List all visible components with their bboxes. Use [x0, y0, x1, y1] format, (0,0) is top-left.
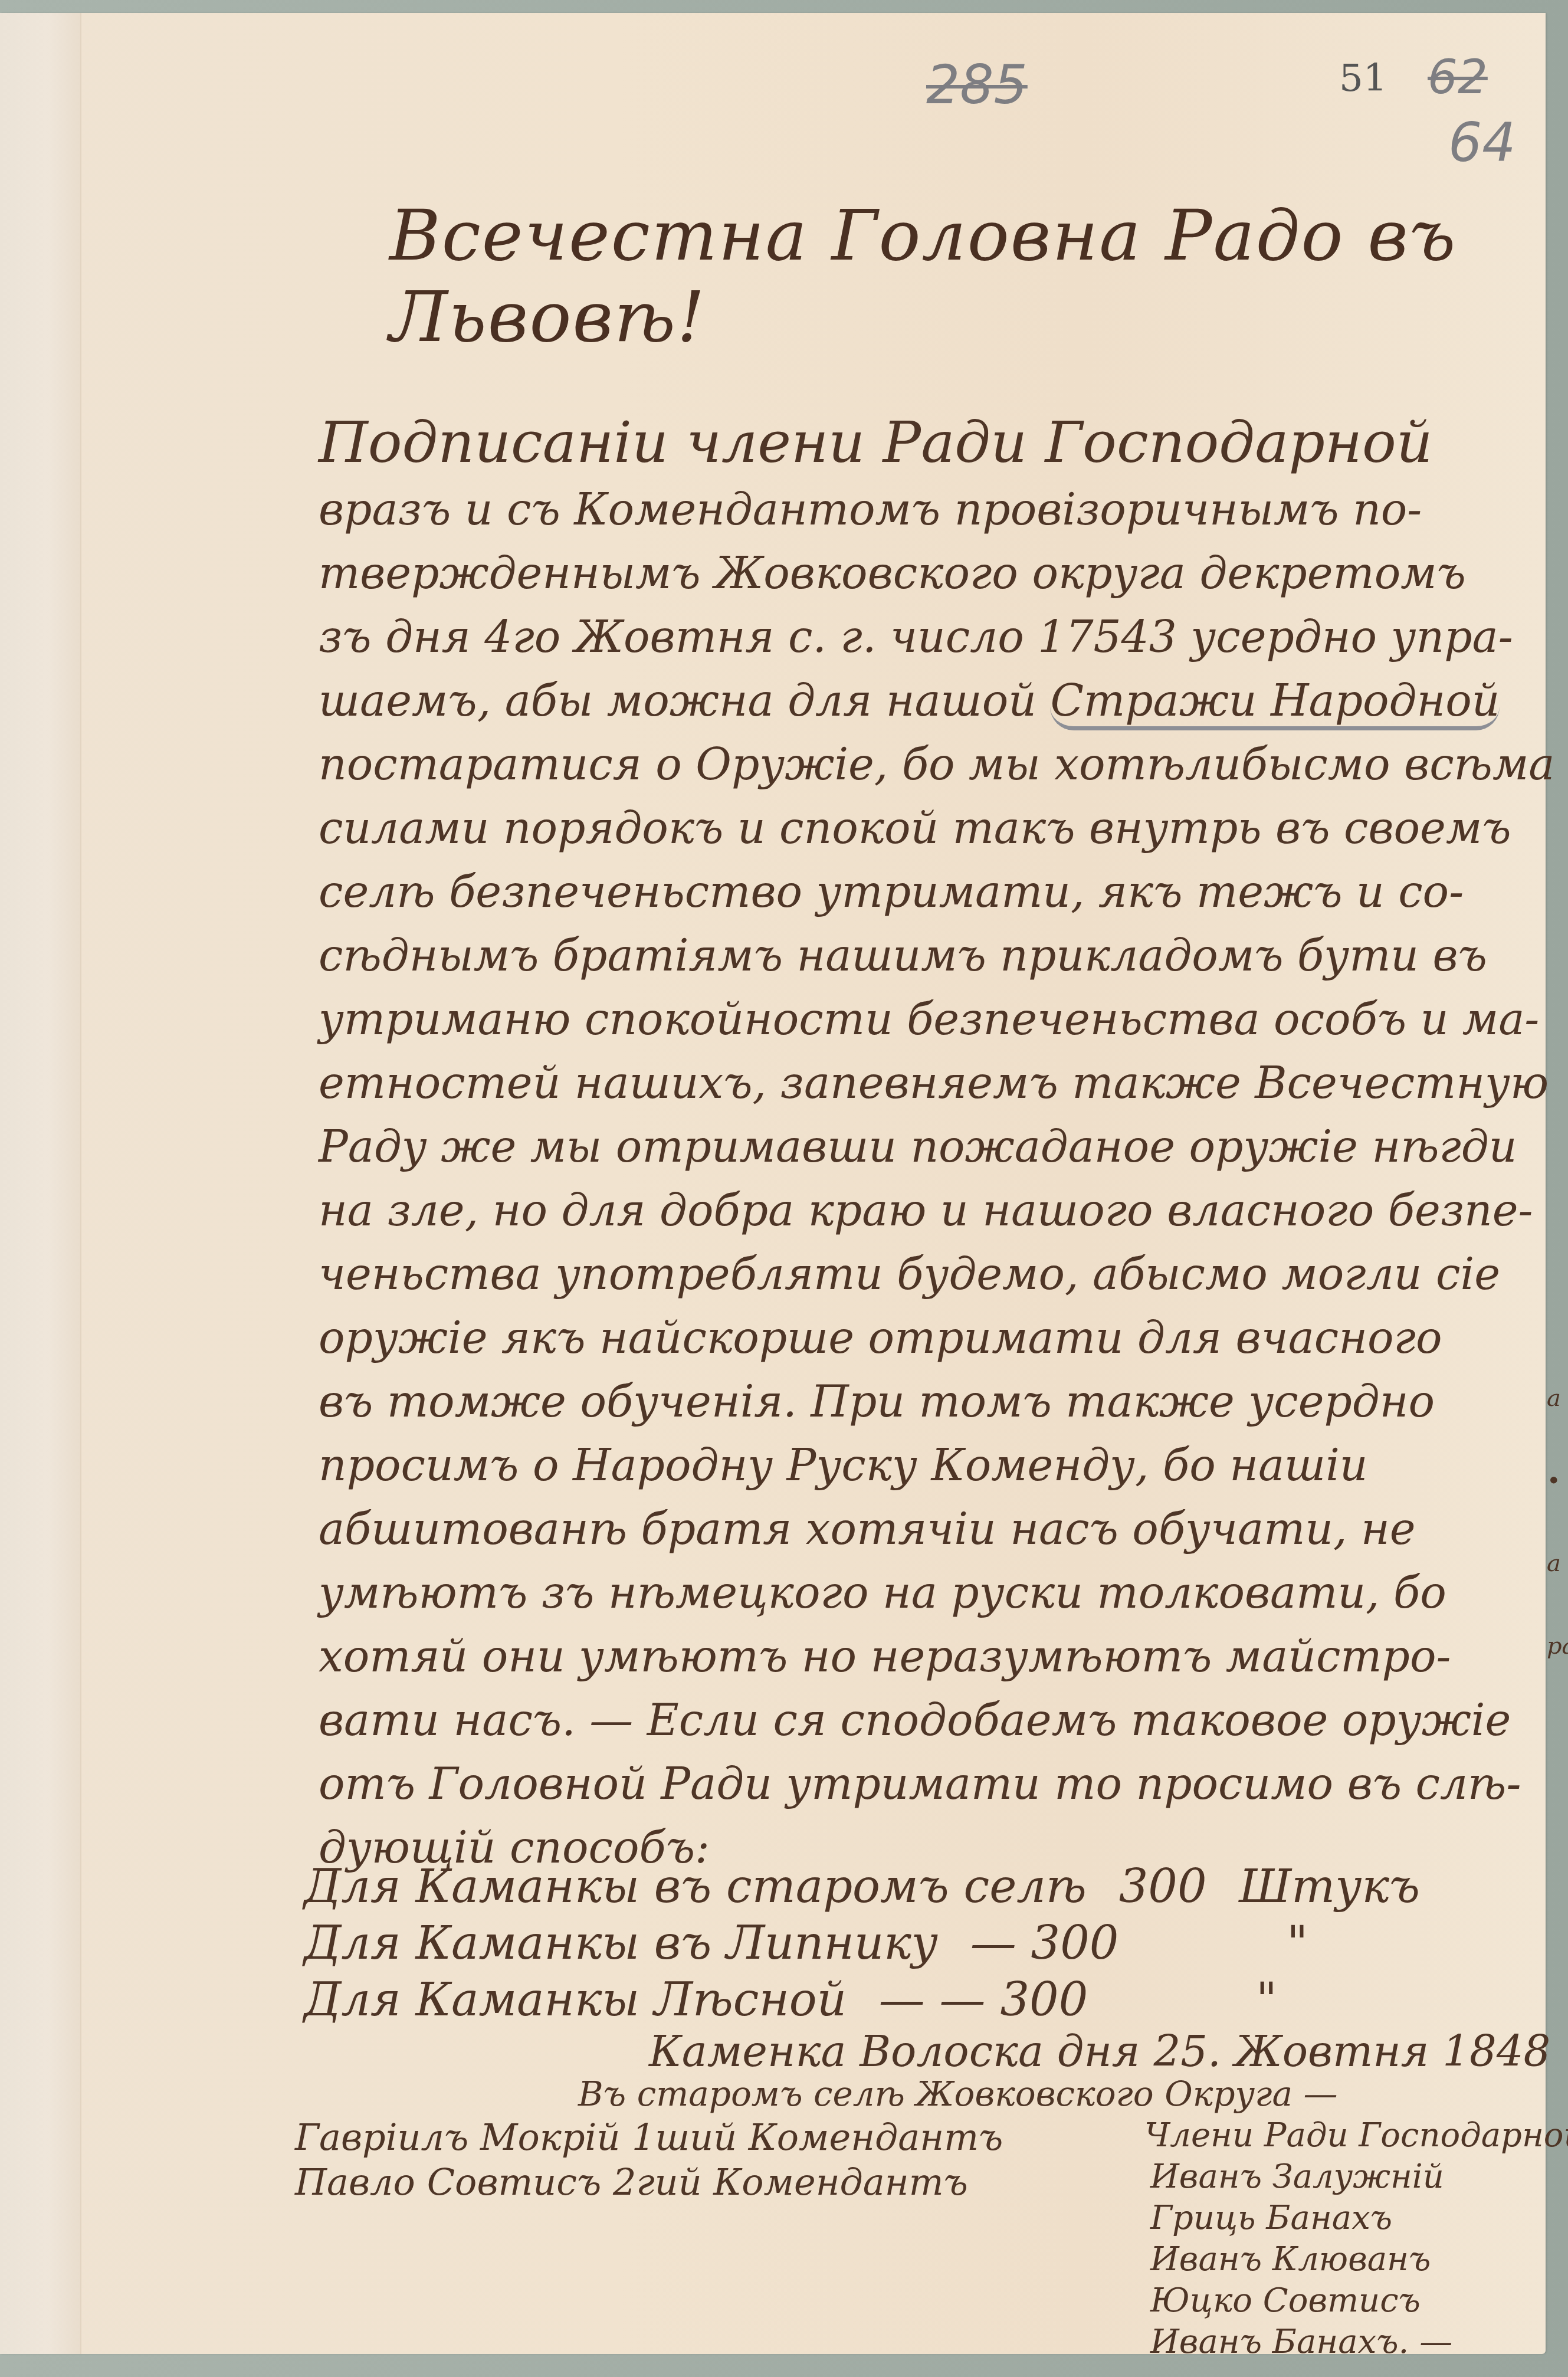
body-line: вразъ и съ Комендантомъ провізоричнымъ п… — [319, 478, 1516, 542]
distribution-row: Для Каманкы Лѣсной — — 300 " — [304, 1972, 1484, 2028]
council-member-signature: Иванъ Банахъ. — — [1150, 2322, 1568, 2363]
body-line: на зле, но для добра краю и нашого власн… — [319, 1179, 1516, 1242]
body-line: просимъ о Народну Руску Коменду, бо наші… — [319, 1434, 1516, 1497]
distribution-quantity: — — 300 — [879, 1972, 1088, 2028]
pencil-underline: Стражи Народной — [1050, 676, 1500, 730]
body-line: сѣднымъ братіямъ нашимъ прикладомъ бути … — [319, 924, 1516, 988]
council-member-signature: Иванъ Клюванъ — [1150, 2239, 1568, 2280]
body-line: утриманю спокойности безпеченьства особъ… — [319, 988, 1516, 1051]
body-line-underlined: шаемъ, абы можна для нашой Стражи Народн… — [319, 669, 1516, 733]
distribution-village: Для Каманкы въ Липнику — [304, 1915, 938, 1972]
body-line: зъ дня 4го Жовтня с. г. число 17543 усер… — [319, 605, 1516, 669]
council-member-signatures: Члени Ради Господарной Иванъ Залужній Гр… — [1150, 2115, 1568, 2363]
place-and-date: Каменка Волоска дня 25. Жовтня 1848 — [649, 2027, 1550, 2076]
commandant-signatures: Гавріилъ Мокрій 1ший Комендантъ Павло Со… — [295, 2115, 1003, 2205]
old-archive-number: 285 — [926, 54, 1028, 116]
distribution-village: Для Каманкы въ старомъ селѣ — [304, 1858, 1087, 1915]
council-member-signature: Гриць Банахъ — [1150, 2198, 1568, 2239]
body-line: етностей нашихъ, запевняемъ также Всечес… — [319, 1051, 1516, 1115]
signature-second-commandant: Павло Совтисъ 2гий Комендантъ — [295, 2160, 1003, 2205]
letter-salutation: Всечестна Головна Радо въ Львовѣ! — [389, 195, 1546, 358]
ditto-mark: " — [1287, 1915, 1308, 1972]
letter-body: Подписаніи члени Ради Господарной вразъ … — [319, 383, 1516, 1880]
body-line: отъ Головной Ради утримати то просимо въ… — [319, 1752, 1516, 1816]
distribution-quantity: — 300 — [970, 1915, 1119, 1972]
body-line: силами порядокъ и спокой такъ внутрь въ … — [319, 796, 1516, 860]
body-line: умѣютъ зъ нѣмецкого на руски толковати, … — [319, 1561, 1516, 1625]
weapons-distribution-list: Для Каманкы въ старомъ селѣ 300 Штукъ Дл… — [304, 1858, 1484, 2028]
body-line: постаратися о Оружіе, бо мы хотѣлибысмо … — [319, 733, 1516, 796]
folio-stamp-number: 51 — [1339, 57, 1387, 100]
ditto-mark: " — [1256, 1972, 1277, 2028]
council-member-signature: Юцко Совтисъ — [1150, 2280, 1568, 2322]
binding-guard-strip — [0, 13, 81, 2354]
margin-fragment: ра — [1547, 1605, 1568, 1687]
body-line: хотяй они умѣютъ но неразумѣютъ майстро- — [319, 1625, 1516, 1689]
margin-fragment: а — [1547, 1522, 1568, 1605]
place-district: Въ старомъ селѣ Жовковского Округа — — [578, 2074, 1338, 2114]
distribution-row: Для Каманкы въ старомъ селѣ 300 Штукъ — [304, 1858, 1484, 1915]
margin-fragment: а — [1547, 1357, 1568, 1440]
old-folio-number: 62 — [1428, 50, 1488, 104]
body-line: вати насъ. — Если ся сподобаемъ таковое … — [319, 1689, 1516, 1752]
body-line: ченьства употребляти будемо, абысмо могл… — [319, 1242, 1516, 1306]
distribution-unit: Штукъ — [1239, 1858, 1420, 1915]
body-line: въ томже обученія. При томъ также усердн… — [319, 1370, 1516, 1434]
new-folio-number: 64 — [1448, 112, 1516, 174]
body-line: абшитованѣ братя хотячіи насъ обучати, н… — [319, 1497, 1516, 1561]
distribution-quantity: 300 — [1119, 1858, 1207, 1915]
body-line: оружіе якъ найскорше отримати для вчасно… — [319, 1306, 1516, 1370]
council-member-signature: Иванъ Залужній — [1150, 2156, 1568, 2198]
council-signatures-heading: Члени Ради Господарной — [1144, 2115, 1568, 2156]
margin-fragment: • — [1547, 1440, 1568, 1522]
distribution-village: Для Каманкы Лѣсной — [304, 1972, 847, 2028]
distribution-row: Для Каманкы въ Липнику — 300 " — [304, 1915, 1484, 1972]
adjacent-page-margin-fragments: а • а ра — [1547, 1357, 1568, 1687]
signature-first-commandant: Гавріилъ Мокрій 1ший Комендантъ — [295, 2115, 1003, 2160]
body-line: твержденнымъ Жовковского округа декретом… — [319, 542, 1516, 605]
body-line: Подписаніи члени Ради Господарной — [319, 383, 1516, 478]
body-line: селѣ безпеченьство утримати, якъ тежъ и … — [319, 860, 1516, 924]
body-line: Раду же мы отримавши пожаданое оружіе нѣ… — [319, 1115, 1516, 1179]
